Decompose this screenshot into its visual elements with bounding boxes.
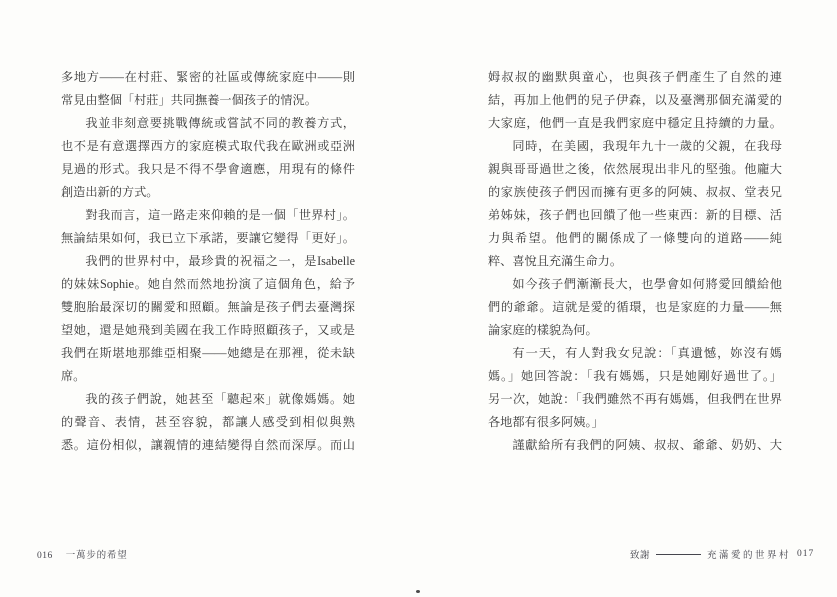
text-line: 謹獻給所有我們的阿姨、叔叔、爺爺、奶奶、大 — [488, 434, 782, 457]
text-line: 我們在斯堪地那維亞相聚——她總是在那裡，從未缺 — [61, 342, 355, 365]
text-line: 無論結果如何，我已立下承諾，要讓它變得「更好」。 — [61, 227, 355, 250]
binding-dot — [416, 590, 420, 593]
book-spread: 多地方——在村莊、緊密的社區或傳統家庭中——則常見由整個「村莊」共同撫養一個孩子… — [0, 0, 837, 597]
text-line: 多地方——在村莊、緊密的社區或傳統家庭中——則 — [61, 66, 355, 89]
text-line: 粹、喜悅且充滿生命力。 — [488, 250, 782, 273]
text-line: 席。 — [61, 365, 355, 388]
text-line: 創造出新的方式。 — [61, 181, 355, 204]
text-line: 我們的世界村中，最珍貴的祝福之一，是Isabelle — [61, 250, 355, 273]
page-number-left: 016 — [37, 551, 53, 561]
text-line: 媽。」她回答說：「我有媽媽，只是她剛好過世了。」 — [488, 365, 782, 388]
text-line: 姆叔叔的幽默與童心，也與孩子們產生了自然的連 — [488, 66, 782, 89]
text-line: 的妹妹Sophie。她自然而然地扮演了這個角色，給予 — [61, 273, 355, 296]
text-line: 的聲音、表情，甚至容貌，都讓人感受到相似與熟 — [61, 411, 355, 434]
text-line: 如今孩子們漸漸長大，也學會如何將愛回饋給他 — [488, 273, 782, 296]
text-line: 有一天，有人對我女兒說：「真遺憾，妳沒有媽 — [488, 342, 782, 365]
footer-rule — [656, 554, 701, 555]
page-right-text-column: 姆叔叔的幽默與童心，也與孩子們產生了自然的連結，再加上他們的兒子伊森，以及臺灣那… — [488, 66, 782, 457]
page-left-text-column: 多地方——在村莊、緊密的社區或傳統家庭中——則常見由整個「村莊」共同撫養一個孩子… — [61, 66, 355, 457]
page-right-footer: 致謝 充滿愛的世界村 017 — [630, 547, 814, 561]
text-line: 見過的形式。我只是不得不學會適應，用現有的條件 — [61, 158, 355, 181]
text-line: 力與希望。他們的關係成了一條雙向的道路——純 — [488, 227, 782, 250]
section-title: 致謝 — [630, 547, 650, 561]
text-line: 們的爺爺。這就是愛的循環，也是家庭的力量——無 — [488, 296, 782, 319]
text-line: 雙胞胎最深切的關愛和照顧。無論是孩子們去臺灣探 — [61, 296, 355, 319]
text-line: 望她，還是她飛到美國在我工作時照顧孩子，又或是 — [61, 319, 355, 342]
text-line: 的家族使孩子們因而擁有更多的阿姨、叔叔、堂表兄 — [488, 181, 782, 204]
text-line: 各地都有很多阿姨。」 — [488, 411, 782, 434]
text-line: 悉。這份相似，讓親情的連結變得自然而深厚。而山 — [61, 434, 355, 457]
text-line: 另一次，她說：「我們雖然不再有媽媽，但我們在世界 — [488, 388, 782, 411]
text-line: 常見由整個「村莊」共同撫養一個孩子的情況。 — [61, 89, 355, 112]
page-left-footer: 016一萬步的希望 — [37, 547, 128, 561]
text-line: 我的孩子們說，她甚至「聽起來」就像媽媽。她 — [61, 388, 355, 411]
text-line: 我並非刻意要挑戰傳統或嘗試不同的教養方式， — [61, 112, 355, 135]
book-title: 一萬步的希望 — [66, 551, 128, 561]
text-line: 親與哥哥過世之後，依然展現出非凡的堅強。他龐大 — [488, 158, 782, 181]
text-line: 結，再加上他們的兒子伊森，以及臺灣那個充滿愛的 — [488, 89, 782, 112]
text-line: 論家庭的樣貌為何。 — [488, 319, 782, 342]
text-line: 同時，在美國，我現年九十一歲的父親，在我母 — [488, 135, 782, 158]
text-line: 弟姊妹，孩子們也回饋了他一些東西：新的目標、活 — [488, 204, 782, 227]
chapter-title: 充滿愛的世界村 — [707, 547, 791, 561]
text-line: 大家庭，他們一直是我們家庭中穩定且持續的力量。 — [488, 112, 782, 135]
page-number-right: 017 — [797, 549, 814, 559]
text-line: 也不是有意選擇西方的家庭模式取代我在歐洲或亞洲 — [61, 135, 355, 158]
text-line: 對我而言，這一路走來仰賴的是一個「世界村」。 — [61, 204, 355, 227]
